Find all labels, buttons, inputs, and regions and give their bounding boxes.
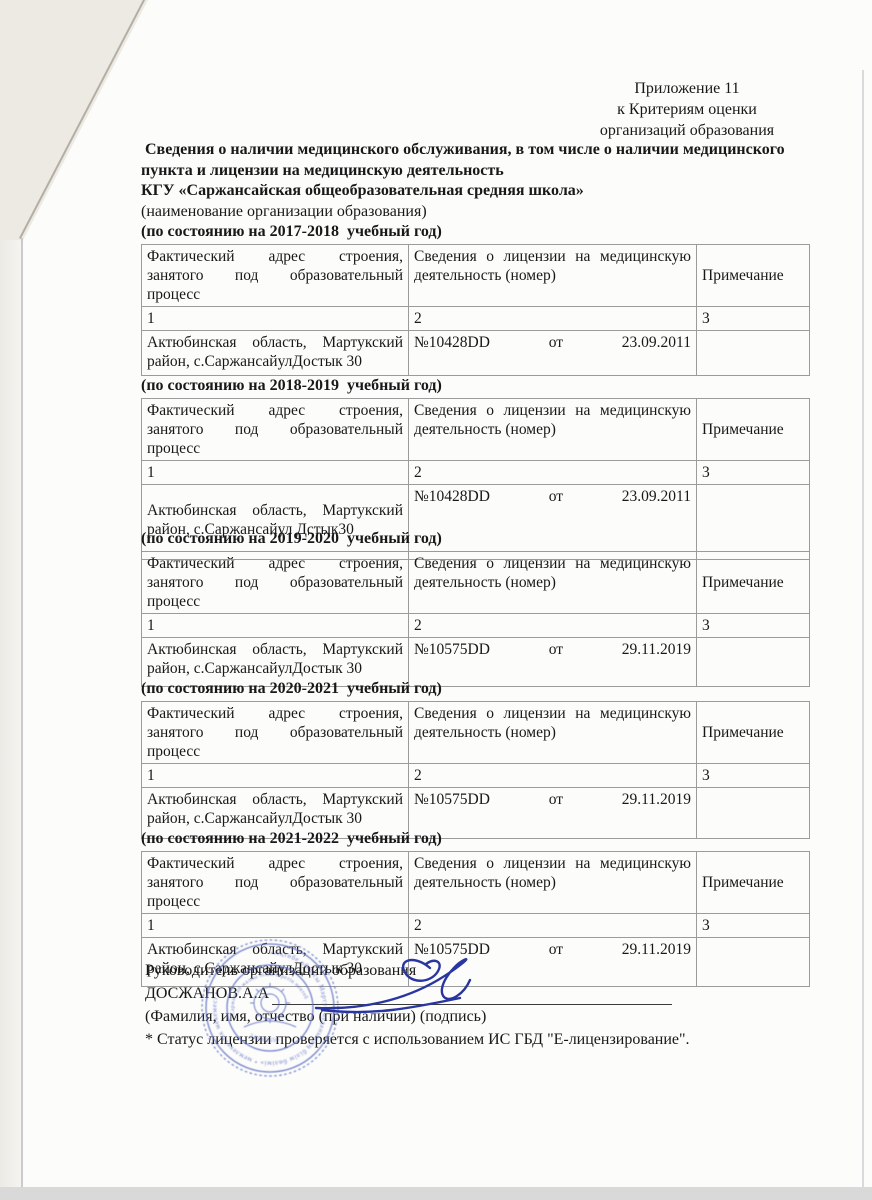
table-row: Актюбинская область, Мартукский район, с… (142, 331, 810, 376)
license-date: 29.11.2019 (622, 640, 691, 659)
header-license: Сведения о лицензии на медицинскую деяте… (409, 399, 697, 461)
year-section: (по состоянию на 2017-2018 учебный год) … (141, 222, 811, 376)
table-header-row: Фактический адрес строения, занятого под… (142, 702, 810, 764)
column-number: 3 (697, 307, 810, 331)
address-cell: Актюбинская область, Мартукский район, с… (142, 331, 409, 376)
scan-left-edge-line (21, 238, 23, 1188)
document-title: Сведения о наличии медицинского обслужив… (141, 139, 797, 181)
medical-license-table: Фактический адрес строения, занятого под… (141, 244, 810, 376)
table-header-row: Фактический адрес строения, занятого под… (142, 852, 810, 914)
license-preposition: от (549, 487, 563, 506)
medical-license-table: Фактический адрес строения, занятого под… (141, 551, 810, 687)
license-preposition: от (549, 790, 563, 809)
signature-scribble (312, 952, 542, 1014)
column-number: 2 (409, 914, 697, 938)
column-number-row: 1 2 3 (142, 764, 810, 788)
column-number: 2 (409, 461, 697, 485)
scan-bottom-edge (0, 1187, 872, 1200)
header-license: Сведения о лицензии на медицинскую деяте… (409, 702, 697, 764)
column-number-row: 1 2 3 (142, 614, 810, 638)
license-cell: №10428DD от 23.09.2011 (409, 331, 697, 376)
year-section: (по состоянию на 2019-2020 учебный год) … (141, 529, 811, 687)
year-section: (по состоянию на 2020-2021 учебный год) … (141, 679, 811, 839)
license-preposition: от (549, 940, 563, 959)
column-number: 2 (409, 764, 697, 788)
header-address: Фактический адрес строения, занятого под… (142, 552, 409, 614)
appendix-line: Приложение 11 (552, 78, 822, 99)
year-caption: (по состоянию на 2021-2022 учебный год) (141, 829, 811, 848)
header-note: Примечание (697, 399, 810, 461)
table-header-row: Фактический адрес строения, занятого под… (142, 245, 810, 307)
column-number: 1 (142, 461, 409, 485)
license-number: №10428DD (414, 333, 490, 352)
license-number: №10575DD (414, 790, 490, 809)
license-date: 23.09.2011 (622, 333, 691, 352)
column-number: 3 (697, 461, 810, 485)
medical-license-table: Фактический адрес строения, занятого под… (141, 701, 810, 839)
header-address: Фактический адрес строения, занятого под… (142, 245, 409, 307)
stamp-emblem (244, 983, 296, 1027)
column-number: 1 (142, 307, 409, 331)
year-caption: (по состоянию на 2020-2021 учебный год) (141, 679, 811, 698)
organization-name: КГУ «Саржансайская общеобразовательная с… (141, 182, 584, 200)
header-address: Фактический адрес строения, занятого под… (142, 399, 409, 461)
column-number-row: 1 2 3 (142, 914, 810, 938)
license-number: №10575DD (414, 640, 490, 659)
note-cell (697, 331, 810, 376)
column-number: 1 (142, 914, 409, 938)
header-note: Примечание (697, 552, 810, 614)
appendix-line: организаций образования (552, 120, 822, 141)
appendix-block: Приложение 11 к Критериям оценки организ… (552, 78, 822, 141)
license-date: 29.11.2019 (622, 790, 691, 809)
page-fold-artifact (0, 0, 150, 242)
organization-name-label: (наименование организации образования) (141, 203, 427, 221)
table-header-row: Фактический адрес строения, занятого под… (142, 552, 810, 614)
year-caption: (по состоянию на 2019-2020 учебный год) (141, 529, 811, 548)
column-number-row: 1 2 3 (142, 307, 810, 331)
column-number: 1 (142, 764, 409, 788)
license-date: 29.11.2019 (622, 940, 691, 959)
column-number: 2 (409, 614, 697, 638)
column-number: 1 (142, 614, 409, 638)
license-number: №10428DD (414, 487, 490, 506)
column-number: 3 (697, 914, 810, 938)
column-number: 2 (409, 307, 697, 331)
header-note: Примечание (697, 852, 810, 914)
header-note: Примечание (697, 245, 810, 307)
column-number: 3 (697, 614, 810, 638)
header-license: Сведения о лицензии на медицинскую деяте… (409, 852, 697, 914)
header-note: Примечание (697, 702, 810, 764)
license-date: 23.09.2011 (622, 487, 691, 506)
header-license: Сведения о лицензии на медицинскую деяте… (409, 552, 697, 614)
appendix-line: к Критериям оценки (552, 99, 822, 120)
column-number-row: 1 2 3 (142, 461, 810, 485)
header-address: Фактический адрес строения, занятого под… (142, 702, 409, 764)
svg-text:240002650: 240002650 (248, 1033, 280, 1044)
license-preposition: от (549, 333, 563, 352)
table-header-row: Фактический адрес строения, занятого под… (142, 399, 810, 461)
year-caption: (по состоянию на 2018-2019 учебный год) (141, 376, 811, 395)
year-caption: (по состоянию на 2017-2018 учебный год) (141, 222, 811, 241)
scan-right-edge-line (862, 70, 864, 1190)
stamp-number: 240002650 (248, 1033, 280, 1044)
scan-left-edge (0, 240, 21, 1200)
column-number: 3 (697, 764, 810, 788)
header-license: Сведения о лицензии на медицинскую деяте… (409, 245, 697, 307)
scanned-document-page: Приложение 11 к Критериям оценки организ… (0, 0, 872, 1200)
header-address: Фактический адрес строения, занятого под… (142, 852, 409, 914)
license-preposition: от (549, 640, 563, 659)
